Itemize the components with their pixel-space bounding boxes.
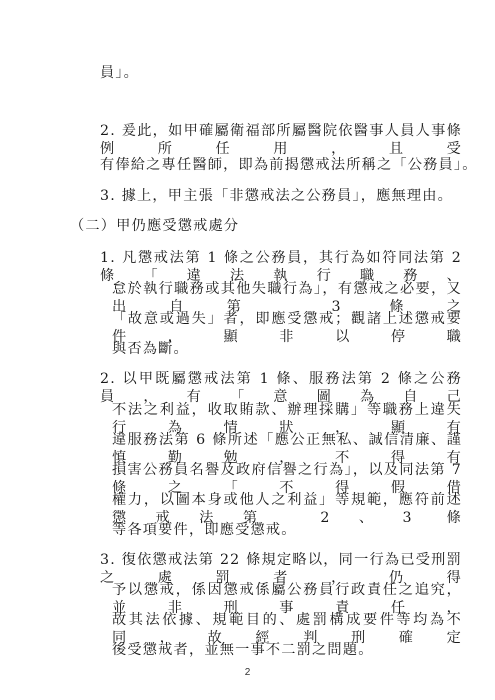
paragraph-line: 與否為斷。	[112, 340, 189, 358]
section-heading: （二）甲仍應受懲戒處分	[70, 217, 239, 235]
paragraph-continuation: 員」。	[100, 64, 139, 82]
paragraph-line: 2. 爰此，如甲確屬衛福部所屬醫院依醫事人員人事條例所任用，且受	[100, 122, 462, 158]
paragraph-line: 有俸給之專任醫師，即為前揭懲戒法所稱之「公務員」。	[100, 156, 478, 174]
paragraph-line: 等各項要件，即應受懲戒。	[112, 521, 297, 539]
paragraph-line: 後受懲戒者，並無一事不二罰之問題。	[112, 641, 374, 659]
document-page: 員」。 2. 爰此，如甲確屬衛福部所屬醫院依醫事人員人事條例所任用，且受 有俸給…	[0, 0, 495, 700]
page-number: 2	[0, 667, 495, 678]
paragraph-line: 3. 據上，甲主張「非懲戒法之公務員」，應無理由。	[100, 187, 453, 205]
